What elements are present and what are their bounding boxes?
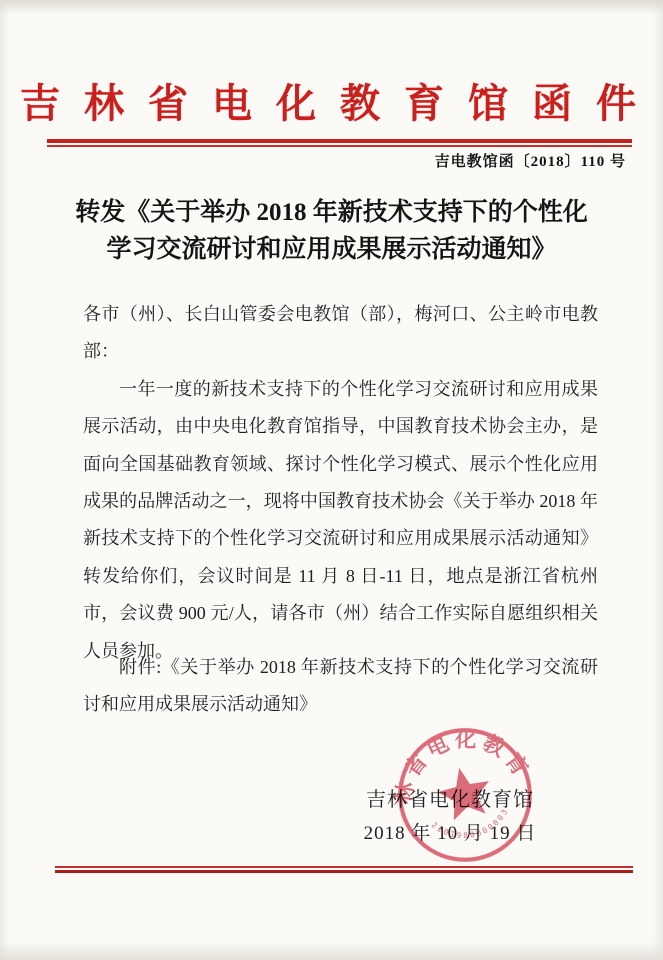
document-number: 吉电教馆函〔2018〕110 号 <box>435 150 626 171</box>
seal-code-text: 2201980000003 <box>429 805 515 848</box>
header-divider-thin-line <box>47 145 632 147</box>
seal-star <box>433 762 495 822</box>
letterhead-title: 吉 林 省 电 化 教 育 馆 函 件 <box>0 72 663 129</box>
letter-body: 各市（州）、长白山管委会电教馆（部），梅河口、公主岭市电教部： 一年一度的新技术… <box>83 296 598 670</box>
footer-divider-thin-line <box>55 866 633 868</box>
main-paragraph: 一年一度的新技术支持下的个性化学习交流研讨和应用成果展示活动，由中央电化教育馆指… <box>83 371 598 670</box>
header-divider-thick-line <box>47 139 632 143</box>
document-page: 吉 林 省 电 化 教 育 馆 函 件 吉电教馆函〔2018〕110 号 转发《… <box>0 0 663 960</box>
subject-line1: 转发《关于举办 2018 年新技术支持下的个性化 <box>0 194 663 231</box>
official-seal: 吉林省电化教育馆 2201980000003 <box>377 707 553 883</box>
subject-line2: 学习交流研讨和应用成果展示活动通知》 <box>0 231 663 268</box>
subject-title: 转发《关于举办 2018 年新技术支持下的个性化 学习交流研讨和应用成果展示活动… <box>0 194 663 268</box>
footer-divider <box>55 866 633 873</box>
salutation: 各市（州）、长白山管委会电教馆（部），梅河口、公主岭市电教部： <box>83 296 598 371</box>
header-divider <box>47 139 632 147</box>
footer-divider-thick-line <box>55 870 633 873</box>
